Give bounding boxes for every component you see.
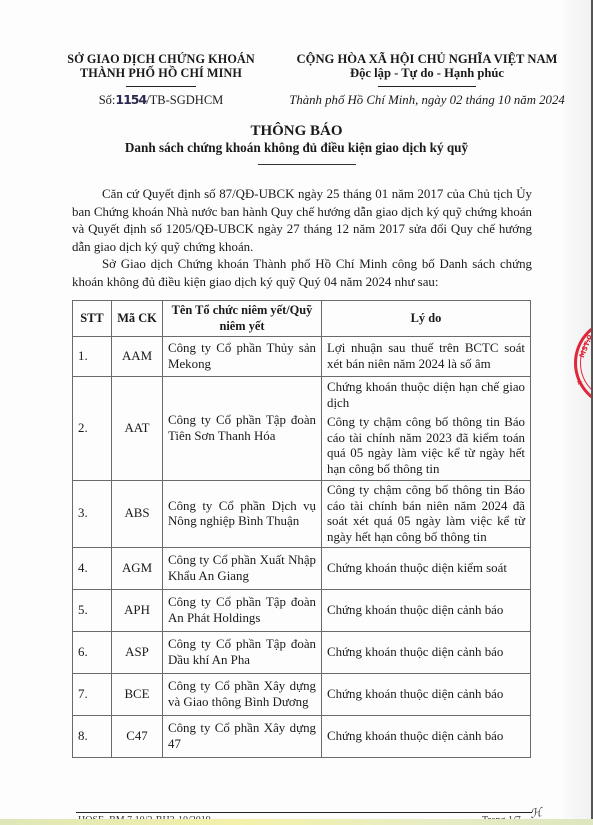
row-company-name: Công ty Cổ phần Dịch vụ Nông nghiệp Bình… (163, 481, 322, 548)
header-name: Tên Tổ chức niêm yết/Quỹ niêm yết (163, 301, 322, 337)
row-stt: 3. (73, 481, 112, 548)
motto-underline (378, 86, 476, 87)
header-code: Mã CK (112, 301, 163, 337)
viewer-bottom-bar (0, 819, 593, 825)
body-text: Căn cứ Quyết định số 87/QĐ-UBCK ngày 25 … (72, 186, 532, 291)
row-reason: Chứng khoán thuộc diện kiểm soát (322, 548, 531, 590)
row-reason: Chứng khoán thuộc diện cảnh báo (322, 590, 531, 632)
reason-text: Chứng khoán thuộc diện kiểm soát (327, 561, 525, 577)
row-stt: 4. (73, 548, 112, 590)
national-title: CỘNG HÒA XÃ HỘI CHỦ NGHĨA VIỆT NAM (282, 52, 572, 66)
table-row: 7.BCECông ty Cổ phần Xây dựng và Giao th… (73, 674, 531, 716)
document-page: SỞ GIAO DỊCH CHỨNG KHOÁN THÀNH PHỐ HỒ CH… (0, 0, 593, 825)
row-company-name: Công ty Cổ phần Tập đoàn Dầu khí An Pha (163, 632, 322, 674)
row-company-name: Công ty Cổ phần Xuất Nhập Khẩu An Giang (163, 548, 322, 590)
reason-text: Chứng khoán thuộc diện cảnh báo (327, 603, 525, 619)
row-stt: 5. (73, 590, 112, 632)
document-subtitle: Danh sách chứng khoán không đủ điều kiện… (0, 140, 593, 156)
row-reason: Chứng khoán thuộc diện cảnh báo (322, 716, 531, 758)
reason-text: Chứng khoán thuộc diện hạn chế giao dịch (327, 380, 525, 411)
table-body: 1.AAMCông ty Cổ phần Thủy sản MekongLợi … (73, 337, 531, 758)
footer-rule (76, 812, 532, 813)
place-date: Thành phố Hồ Chí Minh, ngày 02 tháng 10 … (282, 92, 572, 108)
table-row: 6.ASPCông ty Cổ phần Tập đoàn Dầu khí An… (73, 632, 531, 674)
issuer-line-2: THÀNH PHỐ HỒ CHÍ MINH (52, 66, 270, 80)
row-stt: 8. (73, 716, 112, 758)
row-code: AGM (112, 548, 163, 590)
stamp-star-icon: ★ (576, 378, 583, 387)
paragraph-announcement: Sở Giao dịch Chứng khoán Thành phố Hồ Ch… (72, 256, 532, 291)
row-reason: Chứng khoán thuộc diện cảnh báo (322, 674, 531, 716)
row-code: BCE (112, 674, 163, 716)
row-reason: Lợi nhuận sau thuế trên BCTC soát xét bá… (322, 337, 531, 377)
row-reason: Công ty chậm công bố thông tin Báo cáo t… (322, 481, 531, 548)
table-row: 3.ABSCông ty Cổ phần Dịch vụ Nông nghiệp… (73, 481, 531, 548)
reason-text: Công ty chậm công bố thông tin Báo cáo t… (327, 415, 525, 477)
row-reason: Chứng khoán thuộc diện cảnh báo (322, 632, 531, 674)
paragraph-legal-basis: Căn cứ Quyết định số 87/QĐ-UBCK ngày 25 … (72, 186, 532, 256)
document-title: THÔNG BÁO (0, 123, 593, 140)
header-stt: STT (73, 301, 112, 337)
issuer-line-1: SỞ GIAO DỊCH CHỨNG KHOÁN (52, 52, 270, 66)
table-row: 4.AGMCông ty Cổ phần Xuất Nhập Khẩu An G… (73, 548, 531, 590)
row-code: AAM (112, 337, 163, 377)
table-row: 8.C47Công ty Cổ phần Xây dựng 47Chứng kh… (73, 716, 531, 758)
row-stt: 6. (73, 632, 112, 674)
table-row: 2.AATCông ty Cổ phần Tập đoàn Tiên Sơn T… (73, 377, 531, 481)
row-code: ASP (112, 632, 163, 674)
row-stt: 1. (73, 337, 112, 377)
company-stamp: MST:0 ★ (568, 300, 591, 430)
document-number-prefix: Số: (99, 93, 116, 107)
row-company-name: Công ty Cổ phần Xây dựng và Giao thông B… (163, 674, 322, 716)
row-code: ABS (112, 481, 163, 548)
reason-text: Chứng khoán thuộc diện cảnh báo (327, 645, 525, 661)
reason-text: Lợi nhuận sau thuế trên BCTC soát xét bá… (327, 341, 525, 372)
reason-text: Công ty chậm công bố thông tin Báo cáo t… (327, 483, 525, 545)
header-reason: Lý do (322, 301, 531, 337)
national-motto: Độc lập - Tự do - Hạnh phúc (282, 66, 572, 81)
table-header-row: STT Mã CK Tên Tổ chức niêm yết/Quỹ niêm … (73, 301, 531, 337)
reason-text: Chứng khoán thuộc diện cảnh báo (327, 729, 525, 745)
subtitle-underline (258, 164, 356, 165)
row-company-name: Công ty Cổ phần Xây dựng 47 (163, 716, 322, 758)
issuer-header: SỞ GIAO DỊCH CHỨNG KHOÁN THÀNH PHỐ HỒ CH… (52, 52, 270, 108)
national-header: CỘNG HÒA XÃ HỘI CHỦ NGHĨA VIỆT NAM Độc l… (282, 52, 572, 108)
row-company-name: Công ty Cổ phần Tập đoàn Tiên Sơn Thanh … (163, 377, 322, 481)
row-company-name: Công ty Cổ phần Tập đoàn An Phát Holding… (163, 590, 322, 632)
document-number-suffix: /TB-SGDHCM (146, 93, 223, 107)
row-stt: 7. (73, 674, 112, 716)
row-company-name: Công ty Cổ phần Thủy sản Mekong (163, 337, 322, 377)
row-stt: 2. (73, 377, 112, 481)
row-reason: Chứng khoán thuộc diện hạn chế giao dịch… (322, 377, 531, 481)
row-code: APH (112, 590, 163, 632)
document-number: Số:1154/TB-SGDHCM (52, 92, 270, 108)
handwritten-number: 1154 (115, 92, 146, 107)
row-code: AAT (112, 377, 163, 481)
issuer-underline (126, 86, 196, 87)
table-row: 5.APHCông ty Cổ phần Tập đoàn An Phát Ho… (73, 590, 531, 632)
table-row: 1.AAMCông ty Cổ phần Thủy sản MekongLợi … (73, 337, 531, 377)
ineligible-securities-table: STT Mã CK Tên Tổ chức niêm yết/Quỹ niêm … (72, 300, 531, 758)
row-code: C47 (112, 716, 163, 758)
reason-text: Chứng khoán thuộc diện cảnh báo (327, 687, 525, 703)
